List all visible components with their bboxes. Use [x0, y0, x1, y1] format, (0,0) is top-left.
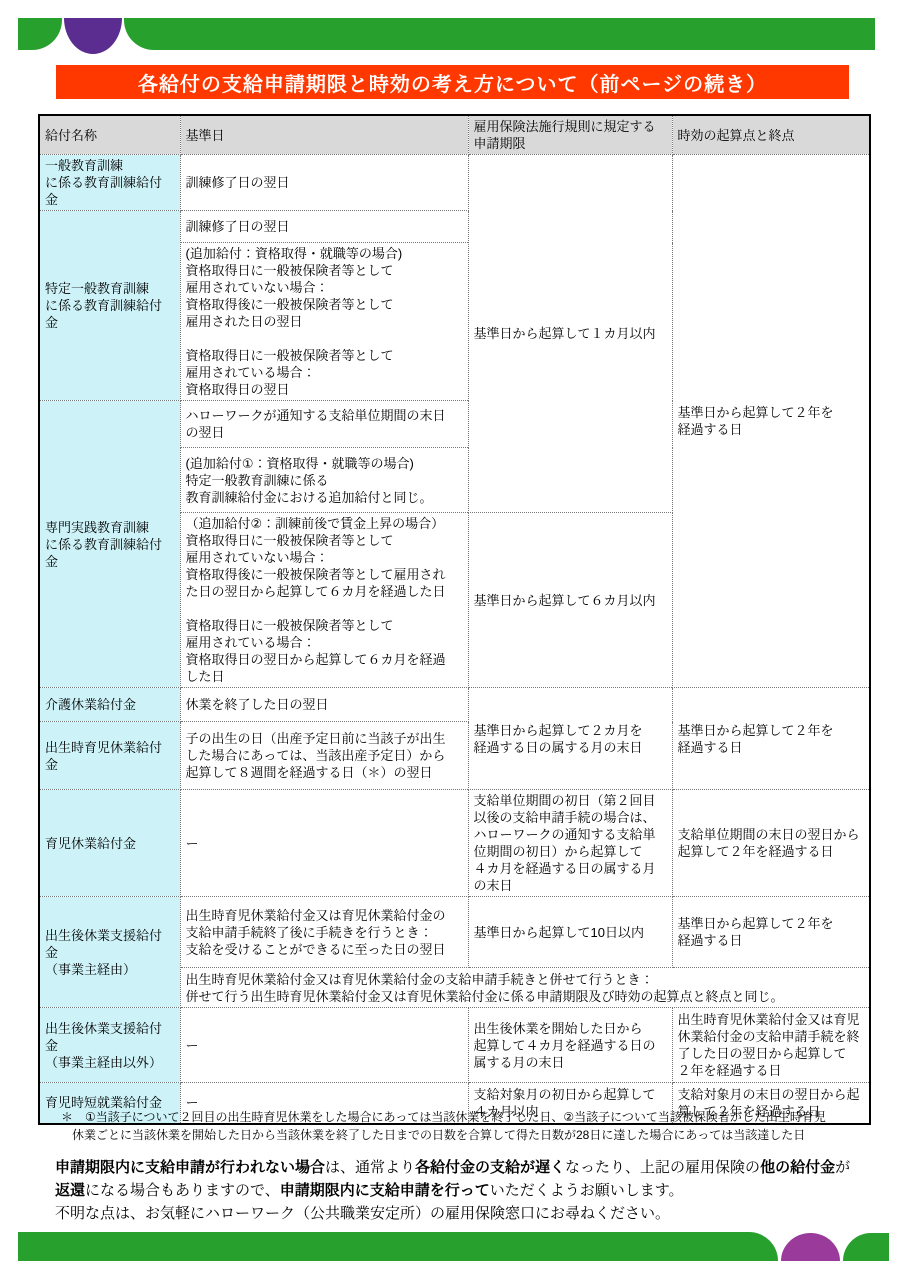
- cell-care-leave-name: 介護休業給付金: [39, 688, 180, 722]
- cell-postbirth-support-name: 出生後休業支援給付金 （事業主経由）: [39, 897, 180, 1008]
- cell-care-leave-basedate: 休業を終了した日の翌日: [180, 688, 468, 722]
- footnote: ＊ ①当該子について２回目の出生時育児休業をした場合にあっては当該休業を終了した…: [44, 1108, 884, 1144]
- header-statute-of-limitations: 時効の起算点と終点: [672, 115, 870, 155]
- cell-specified-general-name: 特定一般教育訓練 に係る教育訓練給付金: [39, 211, 180, 401]
- header-base-date: 基準日: [180, 115, 468, 155]
- cell-birth-childcare-name: 出生時育児休業給付金: [39, 722, 180, 790]
- table-row: 一般教育訓練 に係る教育訓練給付金 訓練修了日の翌日 基準日から起算して１カ月以…: [39, 155, 870, 211]
- footer-contact-text: 不明な点は、お気軽にハローワーク（公共職業安定所）の雇用保険窓口にお尋ねください…: [55, 1202, 855, 1225]
- footer-request-text: 申請期限内に支給申請が行われない場合は、通常より各給付金の支給が遅くなったり、上…: [55, 1156, 855, 1202]
- bottom-right-green-shape: [843, 1233, 889, 1261]
- cell-childcare-leave-limitation: 支給単位期間の末日の翌日から 起算して２年を経過する日: [672, 790, 870, 897]
- cell-limitation-2years-top: 基準日から起算して２年を 経過する日: [672, 155, 870, 688]
- cell-limitation-2years-7a: 基準日から起算して２年を 経過する日: [672, 897, 870, 968]
- cell-professional-basedate-b: (追加給付①：資格取得・就職等の場合) 特定一般教育訓練に係る 教育訓練給付金に…: [180, 448, 468, 513]
- top-left-green-shape: [18, 18, 62, 50]
- table-row: 介護休業給付金 休業を終了した日の翌日 基準日から起算して２カ月を 経過する日の…: [39, 688, 870, 722]
- top-green-bar: [124, 18, 875, 50]
- cell-postbirth-support-other-basedate: ー: [180, 1008, 468, 1083]
- table-row: 出生後休業支援給付金 （事業主経由以外） ー 出生後休業を開始した日から 起算し…: [39, 1008, 870, 1083]
- cell-postbirth-support-other-deadline: 出生後休業を開始した日から 起算して４カ月を経過する日の 属する月の末日: [468, 1008, 672, 1083]
- cell-specified-general-basedate-b: (追加給付：資格取得・就職等の場合) 資格取得日に一般被保険者等として 雇用され…: [180, 243, 468, 401]
- table-row: 育児休業給付金 ー 支給単位期間の初日（第２回目 以後の支給申請手続の場合は、 …: [39, 790, 870, 897]
- bottom-green-bar: [18, 1232, 778, 1261]
- header-row: 給付名称 基準日 雇用保険法施行規則に規定する 申請期限 時効の起算点と終点: [39, 115, 870, 155]
- header-application-deadline: 雇用保険法施行規則に規定する 申請期限: [468, 115, 672, 155]
- cell-childcare-leave-name: 育児休業給付金: [39, 790, 180, 897]
- table-row: 出生後休業支援給付金 （事業主経由） 出生時育児休業給付金又は育児休業給付金の …: [39, 897, 870, 968]
- cell-birth-childcare-basedate: 子の出生の日（出産予定日前に当該子が出生 した場合にあっては、当該出産予定日）か…: [180, 722, 468, 790]
- cell-childcare-leave-deadline: 支給単位期間の初日（第２回目 以後の支給申請手続の場合は、 ハローワークの通知す…: [468, 790, 672, 897]
- cell-general-training-name: 一般教育訓練 に係る教育訓練給付金: [39, 155, 180, 211]
- header-benefit-name: 給付名称: [39, 115, 180, 155]
- cell-limitation-2years-mid: 基準日から起算して２年を 経過する日: [672, 688, 870, 790]
- cell-childcare-leave-basedate: ー: [180, 790, 468, 897]
- cell-specified-general-basedate-a: 訓練修了日の翌日: [180, 211, 468, 243]
- top-purple-dome: [64, 18, 122, 54]
- title-bar: 各給付の支給申請期限と時効の考え方について（前ページの続き）: [56, 65, 849, 99]
- bottom-purple-dome: [781, 1233, 840, 1261]
- cell-professional-basedate-a: ハローワークが通知する支給単位期間の末日 の翌日: [180, 401, 468, 448]
- leaflet-page: 各給付の支給申請期限と時効の考え方について（前ページの続き） 給付名称 基準日 …: [0, 0, 905, 1280]
- page-title: 各給付の支給申請期限と時効の考え方について（前ページの続き）: [138, 68, 767, 97]
- cell-postbirth-support-basedate: 出生時育児休業給付金又は育児休業給付金の 支給申請手続終了後に手続きを行うとき：…: [180, 897, 468, 968]
- benefits-table: 給付名称 基準日 雇用保険法施行規則に規定する 申請期限 時効の起算点と終点 一…: [38, 114, 871, 1125]
- cell-deadline-6month: 基準日から起算して６カ月以内: [468, 513, 672, 688]
- cell-deadline-2month: 基準日から起算して２カ月を 経過する日の属する月の末日: [468, 688, 672, 790]
- cell-postbirth-support-merged: 出生時育児休業給付金又は育児休業給付金の支給申請手続きと併せて行うとき： 併せて…: [180, 968, 870, 1008]
- cell-professional-basedate-c: （追加給付②：訓練前後で賃金上昇の場合） 資格取得日に一般被保険者等として 雇用…: [180, 513, 468, 688]
- cell-postbirth-support-other-limitation: 出生時育児休業給付金又は育児 休業給付金の支給申請手続を終 了した日の翌日から起…: [672, 1008, 870, 1083]
- cell-deadline-10days: 基準日から起算して10日以内: [468, 897, 672, 968]
- footer-paragraph: 申請期限内に支給申請が行われない場合は、通常より各給付金の支給が遅くなったり、上…: [55, 1156, 855, 1225]
- cell-postbirth-support-other-name: 出生後休業支援給付金 （事業主経由以外）: [39, 1008, 180, 1083]
- cell-general-training-basedate: 訓練修了日の翌日: [180, 155, 468, 211]
- cell-deadline-1month: 基準日から起算して１カ月以内: [468, 155, 672, 513]
- cell-professional-practice-name: 専門実践教育訓練 に係る教育訓練給付金: [39, 401, 180, 688]
